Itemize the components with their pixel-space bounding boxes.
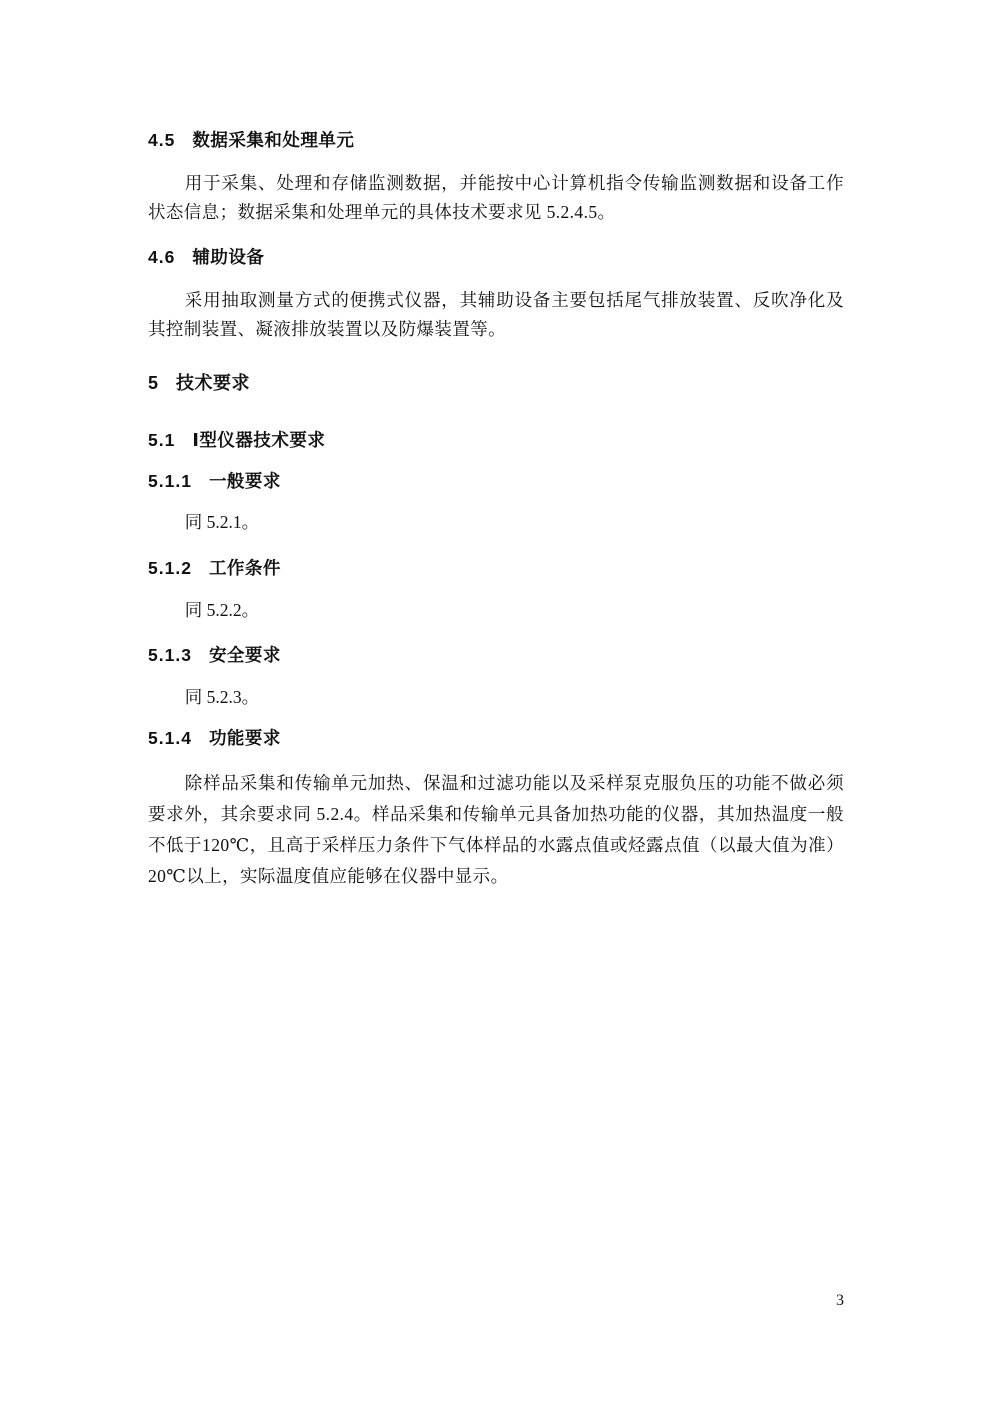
section-title: 功能要求 xyxy=(209,728,281,748)
paragraph-5-1-4: 除样品采集和传输单元加热、保温和过滤功能以及采样泵克服负压的功能不做必须要求外，… xyxy=(148,768,844,892)
page-number: 3 xyxy=(148,1292,848,1310)
section-number: 5.1.2 xyxy=(148,557,192,579)
paragraph-4-6: 采用抽取测量方式的便携式仪器，其辅助设备主要包括尾气排放装置、反吹净化及其控制装… xyxy=(148,286,844,344)
section-number: 5.1.1 xyxy=(148,470,192,492)
section-heading-5-1: 5.1Ⅰ型仪器技术要求 xyxy=(148,429,844,451)
section-heading-4-5: 4.5数据采集和处理单元 xyxy=(148,129,844,151)
document-page: 4.5数据采集和处理单元 用于采集、处理和存储监测数据，并能按中心计算机指令传输… xyxy=(0,0,992,1403)
section-title: 数据采集和处理单元 xyxy=(192,130,354,150)
section-heading-4-6: 4.6辅助设备 xyxy=(148,246,844,268)
section-number: 4.5 xyxy=(148,129,175,151)
section-heading-5-1-1: 5.1.1一般要求 xyxy=(148,470,844,492)
section-heading-5-1-2: 5.1.2工作条件 xyxy=(148,557,844,579)
section-number: 5.1.3 xyxy=(148,644,192,666)
reference-paragraph-5-1-1: 同 5.2.1。 xyxy=(148,512,844,532)
section-number: 4.6 xyxy=(148,246,175,268)
section-title: 一般要求 xyxy=(209,471,281,491)
section-title: 安全要求 xyxy=(209,645,281,665)
reference-paragraph-5-1-2: 同 5.2.2。 xyxy=(148,600,844,620)
section-title: 辅助设备 xyxy=(192,247,264,267)
reference-paragraph-5-1-3: 同 5.2.3。 xyxy=(148,687,844,707)
section-title: Ⅰ型仪器技术要求 xyxy=(192,430,325,450)
section-heading-5-1-3: 5.1.3安全要求 xyxy=(148,644,844,666)
section-heading-5-1-4: 5.1.4功能要求 xyxy=(148,727,844,749)
section-number: 5.1 xyxy=(148,429,175,451)
section-title: 工作条件 xyxy=(209,558,281,578)
section-number: 5.1.4 xyxy=(148,727,192,749)
chapter-title: 技术要求 xyxy=(176,373,250,393)
chapter-heading-5: 5技术要求 xyxy=(148,372,844,394)
paragraph-4-5: 用于采集、处理和存储监测数据，并能按中心计算机指令传输监测数据和设备工作状态信息… xyxy=(148,169,844,227)
chapter-number: 5 xyxy=(148,372,159,394)
